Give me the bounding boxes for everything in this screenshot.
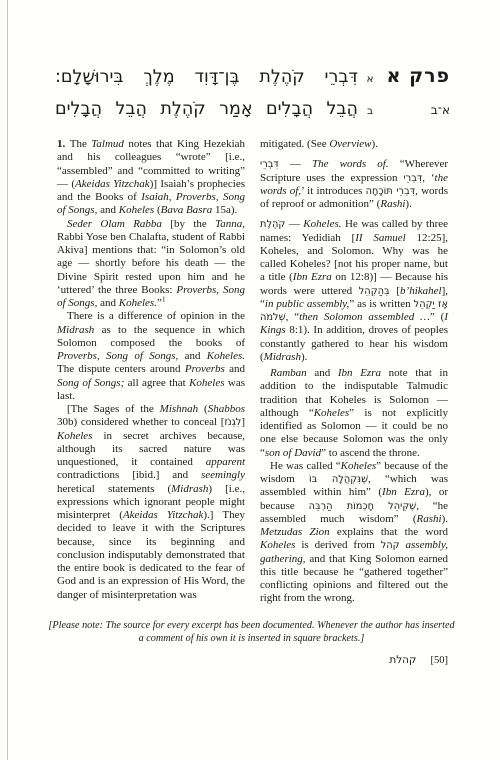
verse-line-1: פרק א א דִּבְרֵי קֹהֶלֶת בֶּן־דָּוִד מֶל… (55, 62, 450, 94)
hebrew-verse-header: פרק א א דִּבְרֵי קֹהֶלֶת בֶּן־דָּוִד מֶל… (55, 62, 450, 126)
paragraph: דִּבְרֵי — The words of. “Wherever Scrip… (260, 158, 448, 211)
book-name-hebrew: קהלת (389, 654, 416, 666)
paragraph: He was called “Koheles” because of the w… (260, 460, 448, 606)
inline-hebrew-term: לִגְנֹז (224, 417, 241, 428)
verse-2-text: הֲבֵל הֲבָלִים אָמַר קֹהֶלֶת הֲבֵל הֲבָל… (55, 95, 358, 124)
paragraph: Ramban and Ibn Ezra note that in additio… (260, 367, 448, 460)
inline-hebrew-term: קֹהֶלֶת (260, 219, 285, 230)
paragraph: There is a difference of opinion in the … (57, 310, 245, 403)
verse-1-text: דִּבְרֵי קֹהֶלֶת בֶּן־דָּוִד מֶלֶךְ בִּי… (55, 63, 358, 92)
commentary-column-left: 1. The Talmud notes that King Hezekiah a… (57, 138, 245, 606)
inline-hebrew-term: בְּהַקְהֵל (359, 286, 390, 297)
page-edge-line (7, 0, 8, 760)
page-number: [50] (431, 655, 449, 666)
chapter-title: פרק א (387, 65, 450, 87)
paragraph: 1. The Talmud notes that King Hezekiah a… (57, 138, 245, 218)
inline-hebrew-term: קהל (381, 540, 400, 551)
chapter-cell: פרק א (382, 62, 450, 91)
verse-range-cell: א־ב (382, 94, 450, 125)
book-page: פרק א א דִּבְרֵי קֹהֶלֶת בֶּן־דָּוִד מֶל… (0, 0, 500, 760)
page-footer: קהלת [50] (57, 654, 448, 666)
inline-hebrew-term: שֶׁנִּקְהֲלָה בּוֹ (309, 474, 368, 485)
paragraph: קֹהֶלֶת — Koheles. He was called by thre… (260, 218, 448, 364)
commentary-columns: 1. The Talmud notes that King Hezekiah a… (57, 138, 448, 606)
inline-hebrew-term: שֶׁקִּיהֵל חָכְמוֹת הַרְבֵּה (309, 501, 417, 512)
inline-hebrew-term: דִּבְרֵי (260, 159, 279, 170)
footnote-marker: 1 (162, 294, 166, 303)
inline-hebrew-term: דִּבְרֵי (403, 173, 422, 184)
verse-1-marker: א (358, 65, 382, 94)
inline-hebrew-term: דִּבְרֵי תּוֹכָחָה (366, 186, 415, 197)
commentary-column-right: mitigated. (See Overview).דִּבְרֵי — The… (260, 138, 448, 606)
footnote: [Please note: The source for every excer… (45, 619, 458, 645)
paragraph: mitigated. (See Overview). (260, 138, 448, 151)
verse-line-2: א־ב ב הֲבֵל הֲבָלִים אָמַר קֹהֶלֶת הֲבֵל… (55, 94, 450, 126)
paragraph: [The Sages of the Mishnah (Shabbos 30b) … (57, 403, 245, 602)
paragraph: Seder Olam Rabba [by the Tanna, Rabbi Yo… (57, 218, 245, 311)
verse-range-label: א־ב (421, 103, 450, 117)
verse-2-marker: ב (358, 97, 382, 126)
